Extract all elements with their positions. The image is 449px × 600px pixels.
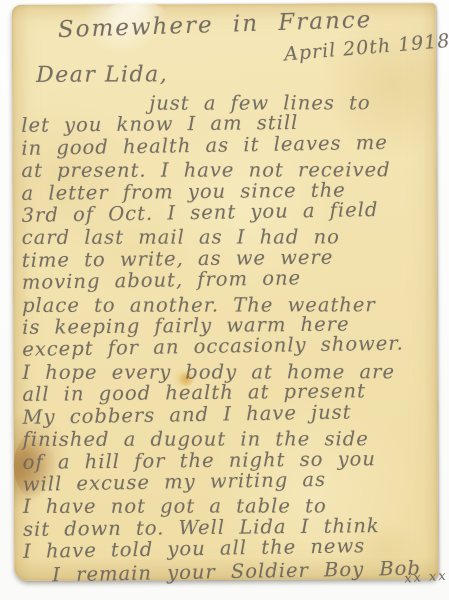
letter-line: will excuse my writing as [23,467,433,496]
letter-body: just a few lines to let you know I am st… [21,91,433,563]
letter-line: in good health as it leaves me [21,131,431,160]
letter-paper: Somewhere in France April 20th 1918. Dea… [12,3,439,581]
kisses-mark: xx xx [404,569,448,587]
letter-line: moving about, from one [22,265,432,294]
letter-line: 3rd of Oct. I sent you a field [21,198,431,227]
letter-line: My cobbers and I have just [22,400,432,429]
scanned-letter: Somewhere in France April 20th 1918. Dea… [0,0,449,600]
salutation: Dear Lida, [36,62,168,88]
place-line: Somewhere in France [57,7,372,43]
letter-line: except for an occasionly shower. [22,333,432,362]
